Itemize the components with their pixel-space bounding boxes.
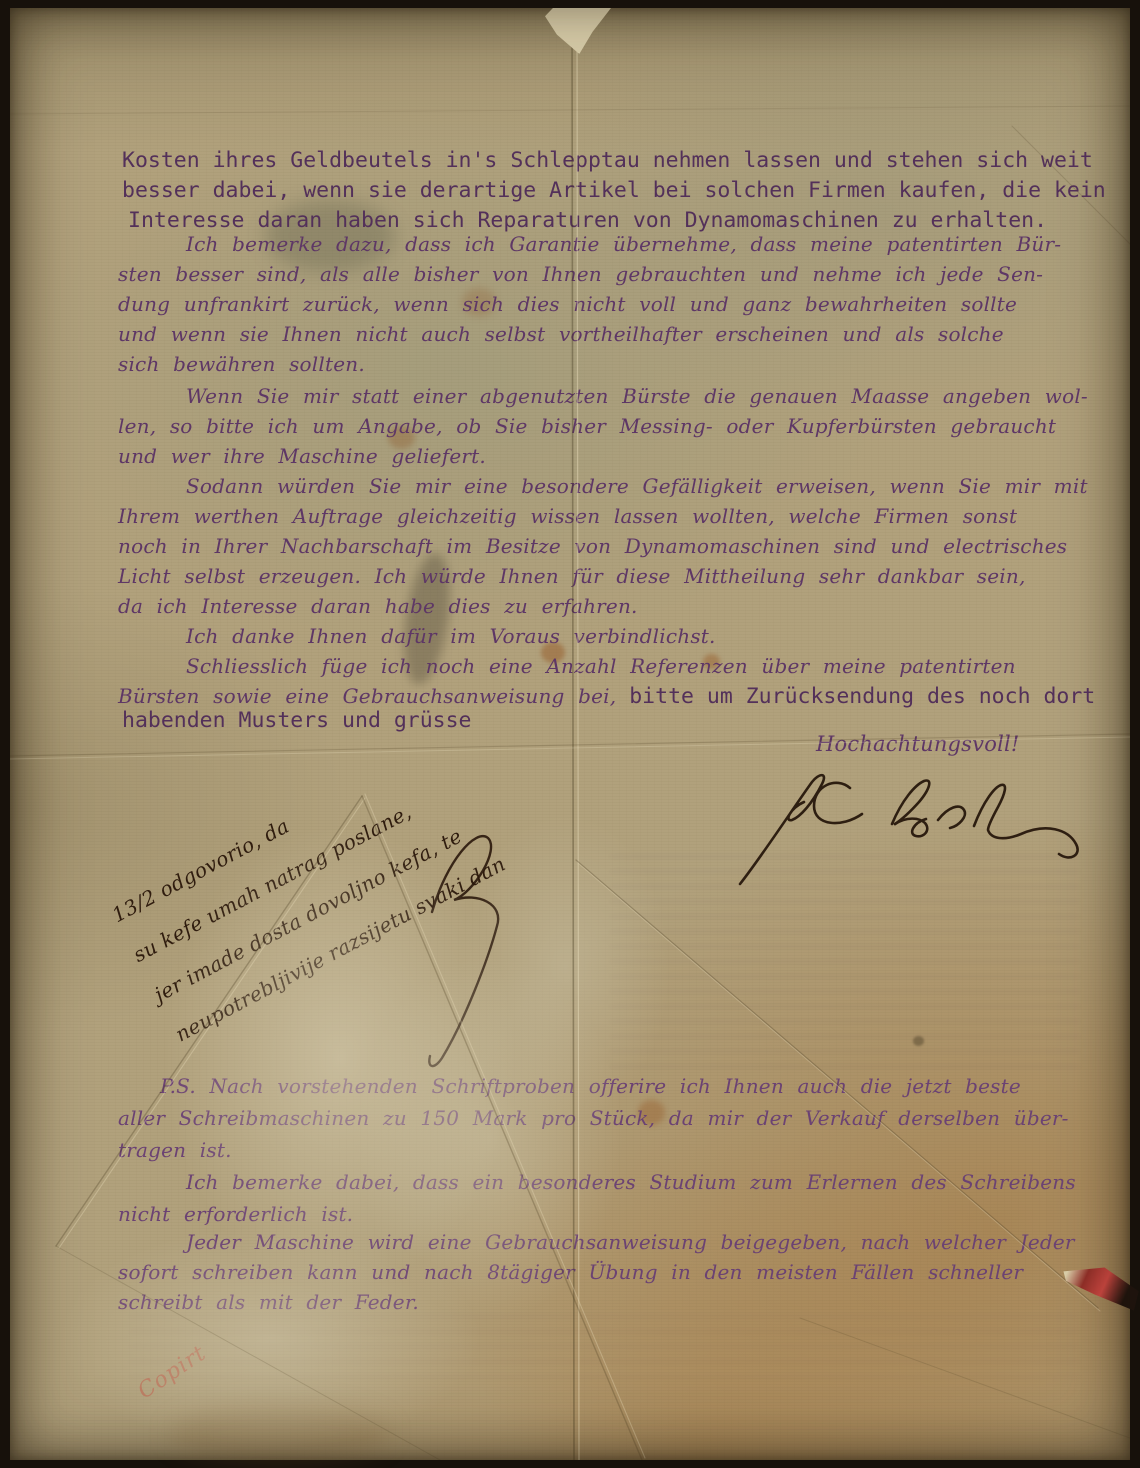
torn-paper-chip	[545, 8, 611, 54]
ps-line: sofort schreiben kann und nach 8tägiger …	[118, 1260, 1023, 1290]
handwritten-note: 13/2 odgovorio, da su kefe umah natrag p…	[108, 704, 572, 1065]
letter-line: Ihrem werthen Auftrage gleichzeitig wiss…	[118, 504, 1017, 534]
foxing-stain	[170, 1403, 390, 1463]
letter-line: Ich bemerke dazu, dass ich Garantie über…	[186, 232, 1061, 262]
letter-line: und wenn sie Ihnen nicht auch selbst vor…	[118, 322, 1004, 352]
letter-line: Sodann würden Sie mir eine besondere Gef…	[186, 474, 1088, 504]
letter-line: Schliesslich füge ich noch eine Anzahl R…	[186, 654, 1016, 684]
bleedthrough-text-ghost	[610, 848, 1080, 1068]
ps-line: Ich bemerke dabei, dass ein besonderes S…	[186, 1170, 1076, 1200]
letter-line: besser dabei, wenn sie derartige Artikel…	[122, 178, 1106, 208]
ps-line: nicht erforderlich ist.	[118, 1202, 353, 1232]
letter-line: noch in Ihrer Nachbarschaft im Besitze v…	[118, 534, 1067, 564]
scanned-letter-page: Kosten ihres Geldbeutels in's Schlepptau…	[0, 0, 1140, 1468]
letter-line: Licht selbst erzeugen. Ich würde Ihnen f…	[118, 564, 1026, 594]
ink-dot-stain	[913, 1036, 924, 1046]
letter-line: sich bewähren sollten.	[118, 352, 365, 382]
letter-line-italic-part: Bürsten sowie eine Gebrauchsanweisung be…	[118, 684, 616, 708]
letter-line: habenden Musters und grüsse	[122, 708, 472, 738]
ps-line: schreibt als mit der Feder.	[118, 1290, 419, 1320]
red-copy-mark: Copirt	[134, 1341, 211, 1405]
letter-line: und wer ihre Maschine geliefert.	[118, 444, 486, 474]
ps-line: aller Schreibmaschinen zu 150 Mark pro S…	[118, 1106, 1069, 1136]
letter-line: Ich danke Ihnen dafür im Voraus verbindl…	[186, 624, 716, 654]
letter-line: sten besser sind, als alle bisher von Ih…	[118, 262, 1043, 292]
closing-salutation: Hochachtungsvoll!	[816, 732, 1020, 756]
paper-sheet: Kosten ihres Geldbeutels in's Schlepptau…	[10, 8, 1130, 1460]
ps-line: P.S. Nach vorstehenden Schriftproben off…	[160, 1074, 1021, 1104]
ps-line: tragen ist.	[118, 1138, 232, 1168]
letter-line-typed-part: bitte um Zurücksendung des noch dort	[616, 684, 1095, 709]
letter-line: dung unfrankirt zurück, wenn sich dies n…	[118, 292, 1017, 322]
signature	[710, 760, 1090, 890]
letter-line: len, so bitte ich um Angabe, ob Sie bish…	[118, 414, 1056, 444]
letter-line: Kosten ihres Geldbeutels in's Schlepptau…	[122, 148, 1093, 178]
letter-line: Wenn Sie mir statt einer abgenutzten Bür…	[186, 384, 1088, 414]
letter-line: da ich Interesse daran habe dies zu erfa…	[118, 594, 638, 624]
ps-line: Jeder Maschine wird eine Gebrauchsanweis…	[186, 1230, 1075, 1260]
